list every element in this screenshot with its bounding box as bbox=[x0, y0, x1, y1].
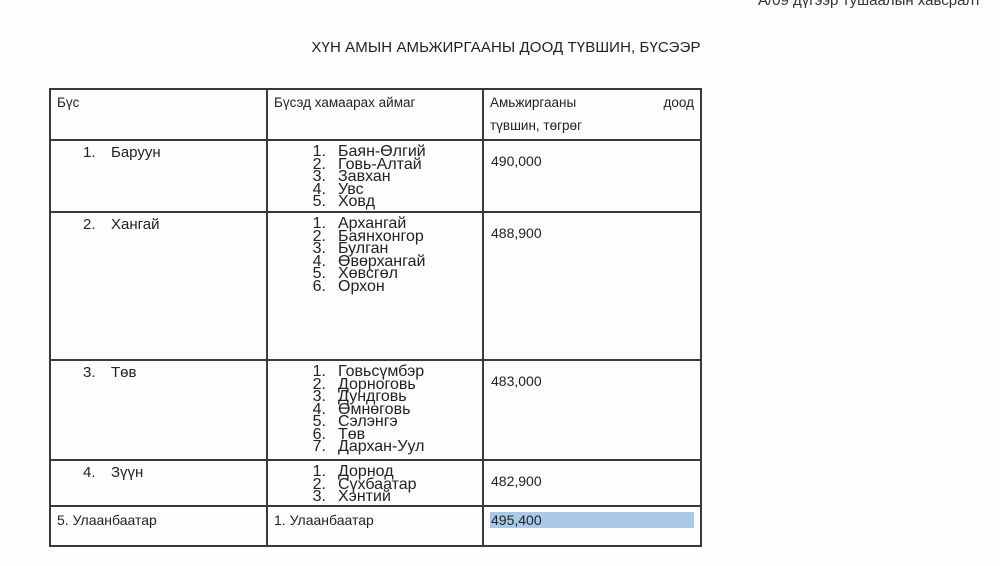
zone-cell: 3.Төв bbox=[50, 360, 267, 460]
aimag-item: 3.Хэнтий bbox=[302, 491, 482, 504]
aimag-list: 1.Архангай2.Баянхонгор3.Булган4.Өвөрханг… bbox=[268, 213, 482, 293]
aimag-item: 2.Баянхонгор bbox=[302, 231, 482, 244]
zone-cell: 5. Улаанбаатар bbox=[50, 506, 267, 546]
aimag-item: 3.Завхан bbox=[302, 171, 482, 184]
header-zone: Бүс bbox=[50, 89, 267, 140]
minimum-living-standard-table: Бүс Бүсэд хамаарах аймаг Амьжиргааны доо… bbox=[49, 88, 702, 547]
aimag-cell: 1. Улаанбаатар bbox=[267, 506, 483, 546]
amount-cell: 488,900 bbox=[483, 212, 701, 360]
table-row: 1.Баруун 1.Баян-Өлгий2.Говь-Алтай3.Завха… bbox=[50, 140, 701, 212]
aimag-item: 5.Хөвсгөл bbox=[302, 268, 482, 281]
amount-cell: 490,000 bbox=[483, 140, 701, 212]
aimag-list: 1.Говьсүмбэр2.Дорноговь3.Дундговь4.Өмнөг… bbox=[268, 361, 482, 454]
aimag-item: 5.Сэлэнгэ bbox=[302, 416, 482, 429]
selected-amount-text[interactable]: 495,400 bbox=[490, 512, 694, 528]
aimag-cell: 1.Баян-Өлгий2.Говь-Алтай3.Завхан4.Увс5.Х… bbox=[267, 140, 483, 212]
aimag-list: 1.Баян-Өлгий2.Говь-Алтай3.Завхан4.Увс5.Х… bbox=[268, 141, 482, 209]
table-row: 3.Төв 1.Говьсүмбэр2.Дорноговь3.Дундговь4… bbox=[50, 360, 701, 460]
aimag-item: 2.Говь-Алтай bbox=[302, 159, 482, 172]
aimag-item: 5.Ховд bbox=[302, 196, 482, 209]
document-title: ХҮН АМЫН АМЬЖИРГААНЫ ДООД ТҮВШИН, БҮСЭЭР bbox=[0, 39, 1000, 56]
aimag-list: 1.Дорнод2.Сүхбаатар3.Хэнтий bbox=[268, 461, 482, 504]
aimag-item: 2.Сүхбаатар bbox=[302, 479, 482, 492]
zone-cell: 4.Зүүн bbox=[50, 460, 267, 506]
aimag-cell: 1.Архангай2.Баянхонгор3.Булган4.Өвөрханг… bbox=[267, 212, 483, 360]
table-header-row: Бүс Бүсэд хамаарах аймаг Амьжиргааны доо… bbox=[50, 89, 701, 140]
amount-cell: 482,900 bbox=[483, 460, 701, 506]
annex-note: А/09 дүгээр тушаалын хавсралт bbox=[758, 0, 981, 9]
aimag-item: 7.Дархан-Уул bbox=[302, 441, 482, 454]
header-amount-line1: Амьжиргааны доод bbox=[490, 95, 694, 110]
amount-cell: 483,000 bbox=[483, 360, 701, 460]
aimag-cell: 1.Дорнод2.Сүхбаатар3.Хэнтий bbox=[267, 460, 483, 506]
zone-cell: 1.Баруун bbox=[50, 140, 267, 212]
table-row: 4.Зүүн 1.Дорнод2.Сүхбаатар3.Хэнтий 482,9… bbox=[50, 460, 701, 506]
table-row: 5. Улаанбаатар 1. Улаанбаатар 495,400 bbox=[50, 506, 701, 546]
zone-cell: 2.Хангай bbox=[50, 212, 267, 360]
header-amount: Амьжиргааны доод түвшин, төгрөг bbox=[483, 89, 701, 140]
header-amount-line2: түвшин, төгрөг bbox=[490, 118, 694, 133]
aimag-cell: 1.Говьсүмбэр2.Дорноговь3.Дундговь4.Өмнөг… bbox=[267, 360, 483, 460]
header-aimags: Бүсэд хамаарах аймаг bbox=[267, 89, 483, 140]
amount-cell: 495,400 bbox=[483, 506, 701, 546]
table-row: 2.Хангай 1.Архангай2.Баянхонгор3.Булган4… bbox=[50, 212, 701, 360]
aimag-item: 4.Увс bbox=[302, 184, 482, 197]
aimag-item: 6.Орхон bbox=[302, 281, 482, 294]
